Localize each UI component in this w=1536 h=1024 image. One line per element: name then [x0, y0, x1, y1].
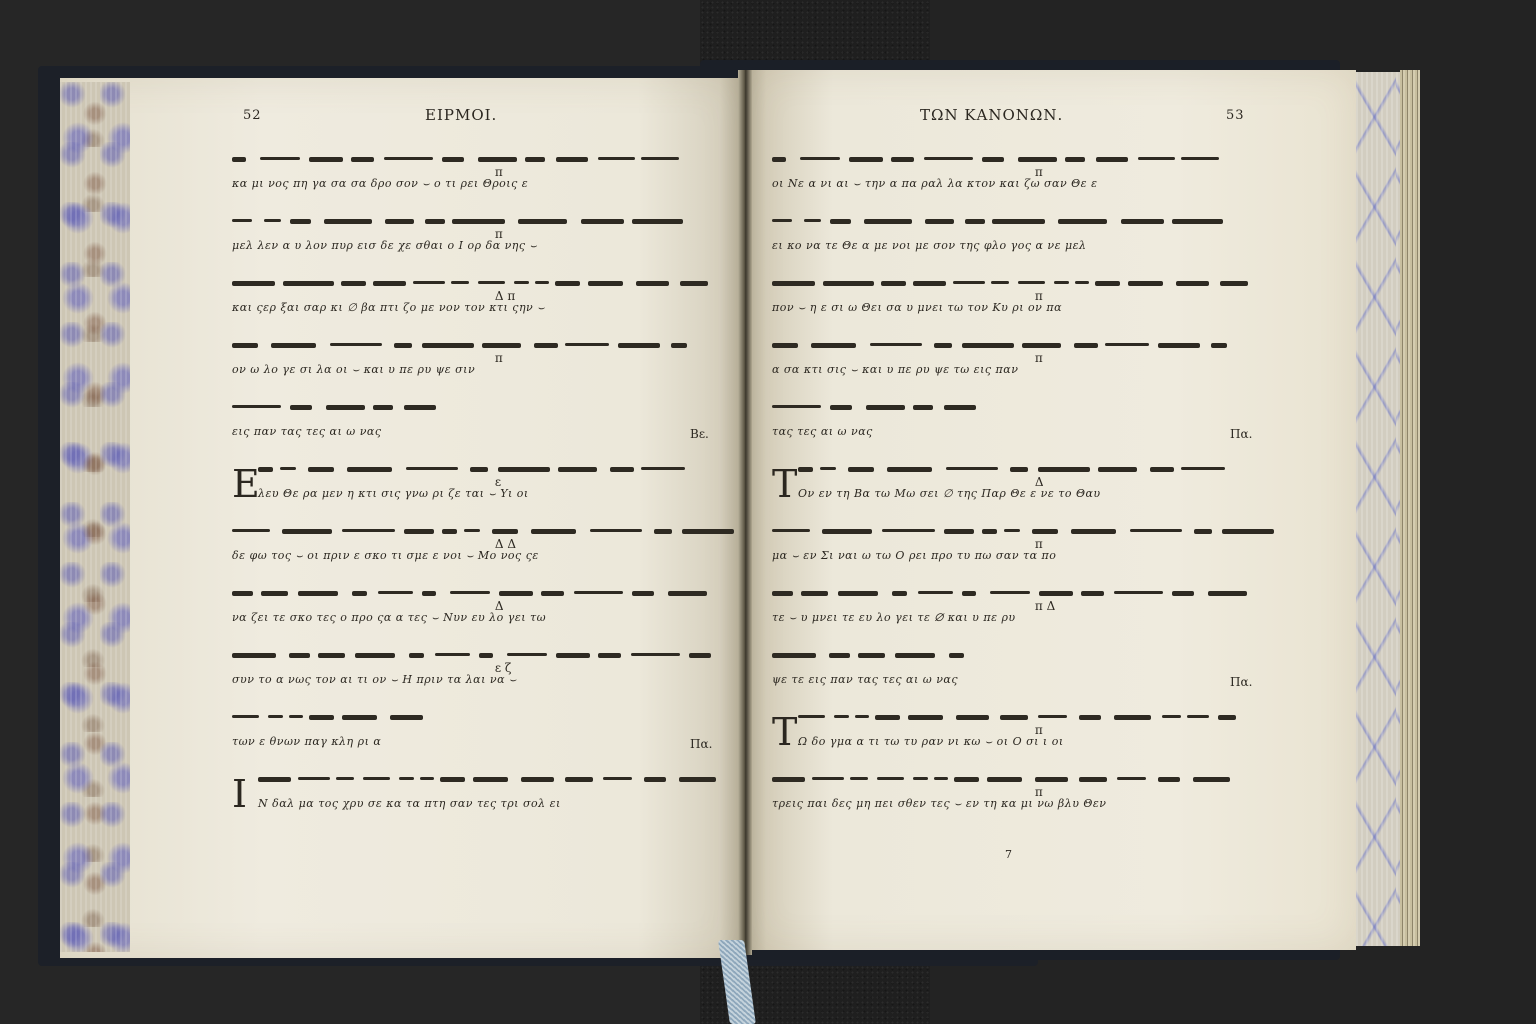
neume-glyph [1039, 591, 1073, 596]
neume-glyph [849, 157, 883, 162]
neume-glyph [482, 343, 521, 348]
neume-glyph [850, 777, 868, 780]
neume-glyph [982, 529, 997, 534]
chant-line: λευ Θε ρα μεν η κτι σις γνω ρι ζε ται ⌣ … [232, 455, 710, 501]
neume-glyph [394, 343, 412, 348]
running-head-right: ΤΩΝ ΚΑΝΟΝΩΝ. [920, 106, 1063, 124]
neume-glyph [636, 281, 669, 286]
neume-glyph [1193, 777, 1230, 782]
neume-glyph [1004, 529, 1020, 532]
neume-glyph [442, 529, 457, 534]
neume-glyph [342, 715, 377, 720]
neume-glyph [1181, 157, 1219, 160]
neume-glyph [858, 653, 885, 658]
martyria-sign: π [1035, 723, 1043, 737]
martyria-sign: π [1035, 165, 1043, 179]
martyria-sign: Δ [495, 599, 504, 613]
neume-glyph [875, 715, 900, 720]
neume-glyph [822, 529, 872, 534]
neume-glyph [232, 405, 281, 408]
neume-glyph [347, 467, 392, 472]
neume-glyph [798, 715, 825, 718]
neume-notation [232, 703, 710, 729]
neume-glyph [464, 529, 480, 532]
neume-glyph [1138, 157, 1175, 160]
neume-glyph [289, 653, 310, 658]
lyrics-text: Ν δαλ μα τος χρυ σε κα τα πτη σαν τες τρ… [232, 797, 710, 810]
neume-glyph [864, 219, 912, 224]
martyria-sign: π [1035, 785, 1043, 799]
neume-glyph [309, 157, 343, 162]
neume-glyph [934, 343, 952, 348]
neume-glyph [565, 777, 593, 782]
neume-glyph [498, 467, 550, 472]
neume-notation [232, 765, 710, 791]
neume-glyph [632, 219, 683, 224]
neume-glyph [1079, 715, 1101, 720]
neume-glyph [442, 157, 464, 162]
neume-glyph [801, 591, 828, 596]
chant-line: τε ⌣ υ μνει τε ευ λο γει τε ∅ και υ πε ρ… [772, 579, 1250, 625]
neume-glyph [309, 715, 334, 720]
neume-glyph [232, 219, 252, 222]
neume-glyph [534, 343, 558, 348]
neume-glyph [1158, 777, 1180, 782]
chant-line: των ε θνων παγ κλη ρι αΠα. [232, 703, 710, 748]
neume-glyph [518, 219, 567, 224]
neume-glyph [318, 653, 345, 658]
neume-notation [232, 145, 710, 171]
neume-glyph [280, 467, 296, 470]
neume-glyph [610, 467, 634, 472]
chant-line: δε φω τος ⌣ οι πριν ε σκο τι σμε ε νοι ⌣… [232, 517, 710, 563]
neume-glyph [1117, 777, 1146, 780]
neume-glyph [679, 777, 716, 782]
neume-glyph [823, 281, 874, 286]
neume-glyph [804, 219, 821, 222]
neume-glyph [289, 715, 303, 718]
neume-glyph [1114, 591, 1163, 594]
neume-glyph [1081, 591, 1104, 596]
neume-glyph [925, 219, 954, 224]
neume-glyph [271, 343, 316, 348]
neume-glyph [598, 653, 621, 658]
neume-glyph [452, 219, 505, 224]
neume-glyph [866, 405, 905, 410]
neume-glyph [887, 467, 932, 472]
neume-glyph [574, 591, 623, 594]
neume-glyph [385, 219, 414, 224]
martyria-sign: π [1035, 351, 1043, 365]
neume-glyph [654, 529, 672, 534]
chant-line: τρεις παι δες μη πει σθεν τες ⌣ εν τη κα… [772, 765, 1250, 811]
neume-glyph [422, 343, 474, 348]
neume-glyph [413, 281, 445, 284]
neume-glyph [668, 591, 707, 596]
neume-glyph [404, 405, 436, 410]
neume-glyph [420, 777, 434, 780]
neume-glyph [772, 529, 810, 532]
neume-notation [772, 455, 1250, 481]
chant-line: Ον εν τη Βα τω Μω σει ∅ της Παρ Θε ε νε … [772, 455, 1250, 500]
neume-glyph [1176, 281, 1209, 286]
neume-glyph [892, 591, 907, 596]
neume-glyph [820, 467, 836, 470]
neume-glyph [390, 715, 423, 720]
neume-glyph [1058, 219, 1107, 224]
neume-glyph [556, 653, 590, 658]
neume-glyph [1187, 715, 1209, 718]
neume-glyph [556, 157, 588, 162]
neume-glyph [1018, 157, 1057, 162]
neume-glyph [811, 343, 856, 348]
neume-glyph [671, 343, 687, 348]
neume-glyph [956, 715, 989, 720]
neume-glyph [680, 281, 708, 286]
neume-glyph [1054, 281, 1069, 284]
neume-glyph [232, 343, 258, 348]
lyrics-text: οι Νε α νι αι ⌣ την α πα ραλ λα κτον και… [772, 177, 1250, 191]
neume-glyph [987, 777, 1022, 782]
neume-glyph [953, 281, 985, 284]
neume-glyph [632, 591, 654, 596]
chant-line: τας τες αι ω ναςΠα. [772, 393, 1250, 438]
chant-line: ψε τε εις παν τας τες αι ω ναςΠα. [772, 641, 1250, 686]
neume-glyph [830, 219, 851, 224]
lyrics-text: ψε τε εις παν τας τες αι ω νας [772, 673, 1250, 686]
neume-notation [772, 765, 1250, 791]
neume-glyph [268, 715, 283, 718]
neume-notation [232, 331, 710, 357]
neume-glyph [1128, 281, 1163, 286]
drop-capital: Ι [232, 775, 247, 813]
drop-capital: Ε [232, 465, 260, 503]
lyrics-text: λευ Θε ρα μεν η κτι σις γνω ρι ζε ται ⌣ … [232, 487, 710, 501]
right-page [748, 70, 1356, 950]
page-number-left: 52 [243, 108, 262, 123]
neume-glyph [232, 653, 276, 658]
book-gutter [738, 70, 752, 955]
neume-glyph [1162, 715, 1181, 718]
neume-glyph [641, 157, 679, 160]
neume-notation [772, 579, 1250, 605]
neume-glyph [473, 777, 508, 782]
neume-glyph [1079, 777, 1107, 782]
neume-glyph [590, 529, 642, 532]
neume-glyph [962, 343, 1014, 348]
neume-notation [772, 207, 1250, 233]
neume-glyph [944, 405, 976, 410]
drop-capital: Τ [772, 465, 797, 503]
neume-glyph [521, 777, 554, 782]
neume-glyph [232, 529, 270, 532]
lyrics-text: κα μι νος πη γα σα σα δρο σον ⌣ ο τι ρει… [232, 177, 710, 191]
neume-glyph [834, 715, 849, 718]
chant-line: κα μι νος πη γα σα σα δρο σον ⌣ ο τι ρει… [232, 145, 710, 191]
neume-glyph [895, 653, 935, 658]
neume-glyph [644, 777, 666, 782]
mode-ending: Πα. [1230, 427, 1252, 441]
neume-glyph [409, 653, 424, 658]
neume-glyph [1121, 219, 1164, 224]
neume-glyph [422, 591, 436, 596]
neume-glyph [290, 405, 312, 410]
neume-glyph [581, 219, 624, 224]
neume-glyph [324, 219, 372, 224]
neume-glyph [258, 467, 273, 472]
neume-glyph [913, 281, 946, 286]
neume-glyph [772, 405, 821, 408]
neume-notation [232, 455, 710, 481]
neume-notation [232, 207, 710, 233]
neume-glyph [1194, 529, 1212, 534]
neume-glyph [525, 157, 545, 162]
neume-glyph [232, 157, 246, 162]
marbled-edge-left [60, 82, 130, 952]
neume-glyph [877, 777, 904, 780]
neume-glyph [946, 467, 998, 470]
neume-glyph [541, 591, 564, 596]
neume-glyph [924, 157, 973, 160]
martyria-sign: Δ Δ [495, 537, 516, 551]
neume-glyph [772, 653, 816, 658]
neume-glyph [535, 281, 549, 284]
neume-glyph [351, 157, 374, 162]
lyrics-text: μελ λεν α υ λον πυρ εισ δε χε σθαι ο Ι ο… [232, 239, 710, 253]
chant-line: Ω δο γμα α τι τω τυ ραν νι κω ⌣ οι Ο σι … [772, 703, 1250, 749]
neume-glyph [470, 467, 488, 472]
neume-glyph [373, 281, 406, 286]
neume-glyph [870, 343, 922, 346]
neume-glyph [499, 591, 533, 596]
neume-glyph [1105, 343, 1149, 346]
neume-glyph [1220, 281, 1248, 286]
lyrics-text: Ον εν τη Βα τω Μω σει ∅ της Παρ Θε ε νε … [772, 487, 1250, 500]
neume-glyph [1038, 715, 1067, 718]
neume-glyph [588, 281, 623, 286]
neume-notation [772, 703, 1250, 729]
lyrics-text: α σα κτι σις ⌣ και υ πε ρυ ψε τω εις παν [772, 363, 1250, 377]
neume-glyph [689, 653, 711, 658]
neume-glyph [406, 467, 458, 470]
martyria-sign: π [495, 351, 503, 365]
lyrics-text: τρεις παι δες μη πει σθεν τες ⌣ εν τη κα… [772, 797, 1250, 811]
neume-glyph [944, 529, 974, 534]
lyrics-text: Ω δο γμα α τι τω τυ ραν νι κω ⌣ οι Ο σι … [772, 735, 1250, 749]
neume-glyph [298, 777, 330, 780]
neume-glyph [373, 405, 393, 410]
mode-ending: Βε. [690, 427, 709, 441]
neume-glyph [450, 591, 490, 594]
neume-glyph [641, 467, 685, 470]
neume-glyph [1218, 715, 1236, 720]
neume-glyph [848, 467, 874, 472]
chant-line: α σα κτι σις ⌣ και υ πε ρυ ψε τω εις παν… [772, 331, 1250, 377]
neume-glyph [1032, 529, 1058, 534]
neume-glyph [355, 653, 395, 658]
running-head-left: ΕΙΡΜΟΙ. [425, 106, 497, 124]
neume-glyph [772, 219, 792, 222]
neume-notation [772, 331, 1250, 357]
neume-glyph [618, 343, 660, 348]
neume-glyph [1071, 529, 1116, 534]
neume-glyph [1114, 715, 1151, 720]
page-fore-edge [1400, 70, 1420, 946]
neume-glyph [954, 777, 979, 782]
neume-glyph [514, 281, 529, 284]
neume-glyph [282, 529, 332, 534]
neume-glyph [531, 529, 576, 534]
chant-line: εις παν τας τες αι ω ναςΒε. [232, 393, 710, 438]
neume-glyph [1022, 343, 1061, 348]
martyria-sign: π [495, 227, 503, 241]
neume-glyph [1222, 529, 1274, 534]
neume-glyph [962, 591, 976, 596]
neume-glyph [772, 281, 815, 286]
neume-glyph [990, 591, 1030, 594]
lyrics-text: μα ⌣ εν Σι ναι ω τω Ο ρει προ τυ πω σαν … [772, 549, 1250, 563]
neume-glyph [290, 219, 311, 224]
neume-glyph [772, 777, 805, 782]
neume-glyph [1018, 281, 1045, 284]
lyrics-text: τας τες αι ω νας [772, 425, 1250, 438]
martyria-sign: π [495, 165, 503, 179]
neume-glyph [352, 591, 367, 596]
lyrics-text: εις παν τας τες αι ω νας [232, 425, 710, 438]
neume-glyph [342, 529, 395, 532]
neume-glyph [772, 157, 786, 162]
neume-glyph [261, 591, 288, 596]
neume-glyph [451, 281, 469, 284]
chant-line: πον ⌣ η ε σι ω Θει σα υ μνει τω τον Κυ ρ… [772, 269, 1250, 315]
neume-glyph [363, 777, 390, 780]
neume-glyph [829, 653, 850, 658]
neume-glyph [478, 157, 517, 162]
neume-glyph [1208, 591, 1247, 596]
neume-glyph [336, 777, 354, 780]
neume-glyph [918, 591, 953, 594]
neume-glyph [682, 529, 734, 534]
neume-glyph [1075, 281, 1089, 284]
lyrics-text: ει κο να τε Θε α με νοι με σον της φλο γ… [772, 239, 1250, 252]
neume-glyph [479, 653, 493, 658]
drop-capital: Τ [772, 713, 797, 751]
neume-glyph [1158, 343, 1200, 348]
neume-glyph [478, 281, 505, 284]
neume-glyph [232, 281, 275, 286]
neume-notation [772, 145, 1250, 171]
neume-glyph [830, 405, 852, 410]
neume-glyph [399, 777, 414, 780]
neume-glyph [855, 715, 869, 718]
neume-glyph [1150, 467, 1174, 472]
lyrics-text: και ςερ ξαι σαρ κι ∅ βα πτι ζο με νον το… [232, 301, 710, 315]
neume-glyph [565, 343, 609, 346]
martyria-sign: π [1035, 537, 1043, 551]
neume-glyph [798, 467, 813, 472]
chant-line: οι Νε α νι αι ⌣ την α πα ραλ λα κτον και… [772, 145, 1250, 191]
chant-line: μελ λεν α υ λον πυρ εισ δε χε σθαι ο Ι ο… [232, 207, 710, 253]
martyria-sign: ε ζ [495, 661, 512, 675]
neume-glyph [425, 219, 445, 224]
neume-glyph [1074, 343, 1098, 348]
neume-glyph [800, 157, 840, 160]
neume-glyph [881, 281, 906, 286]
neume-notation [232, 517, 710, 543]
lyrics-text: των ε θνων παγ κλη ρι α [232, 735, 710, 748]
neume-glyph [326, 405, 365, 410]
neume-notation [772, 517, 1250, 543]
neume-notation [232, 269, 710, 295]
neume-glyph [558, 467, 597, 472]
neume-glyph [492, 529, 518, 534]
neume-glyph [772, 343, 798, 348]
neume-notation [232, 393, 710, 419]
neume-glyph [934, 777, 948, 780]
neume-glyph [1095, 281, 1120, 286]
mode-ending: Πα. [690, 737, 712, 751]
neume-glyph [232, 715, 259, 718]
neume-glyph [1098, 467, 1137, 472]
neume-glyph [772, 591, 793, 596]
lyrics-text: συν το α νως τον αι τι ον ⌣ Η πριν τα λα… [232, 673, 710, 687]
neume-glyph [882, 529, 935, 532]
neume-glyph [404, 529, 434, 534]
signature-mark: 7 [1005, 848, 1012, 861]
chant-line: ον ω λο γε σι λα οι ⌣ και υ πε ρυ ψε σιν… [232, 331, 710, 377]
chant-line: μα ⌣ εν Σι ναι ω τω Ο ρει προ τυ πω σαν … [772, 517, 1250, 563]
neume-glyph [1035, 777, 1068, 782]
neume-glyph [631, 653, 680, 656]
neume-glyph [435, 653, 470, 656]
neume-glyph [308, 467, 334, 472]
neume-glyph [1038, 467, 1090, 472]
lyrics-text: ον ω λο γε σι λα οι ⌣ και υ πε ρυ ψε σιν [232, 363, 710, 377]
neume-glyph [298, 591, 338, 596]
chant-line: συν το α νως τον αι τι ον ⌣ Η πριν τα λα… [232, 641, 710, 687]
neume-glyph [1211, 343, 1227, 348]
lyrics-text: τε ⌣ υ μνει τε ευ λο γει τε ∅ και υ πε ρ… [772, 611, 1250, 625]
page-number-right: 53 [1226, 108, 1245, 123]
lyrics-text: πον ⌣ η ε σι ω Θει σα υ μνει τω τον Κυ ρ… [772, 301, 1250, 315]
neume-glyph [1172, 219, 1223, 224]
neume-glyph [341, 281, 366, 286]
neume-glyph [260, 157, 300, 160]
neume-glyph [991, 281, 1009, 284]
neume-glyph [1065, 157, 1085, 162]
neume-glyph [1130, 529, 1182, 532]
neume-glyph [913, 405, 933, 410]
neume-glyph [908, 715, 943, 720]
chant-line: και ςερ ξαι σαρ κι ∅ βα πτι ζο με νον το… [232, 269, 710, 315]
martyria-sign: Δ [1035, 475, 1044, 489]
neume-glyph [440, 777, 465, 782]
neume-glyph [812, 777, 844, 780]
neume-glyph [598, 157, 635, 160]
lyrics-text: να ζει τε σκο τες ο προ ςα α τες ⌣ Νυν ε… [232, 611, 710, 625]
neume-glyph [913, 777, 928, 780]
neume-glyph [1096, 157, 1128, 162]
martyria-sign: ε [495, 475, 501, 489]
neume-glyph [330, 343, 382, 346]
neume-glyph [1010, 467, 1028, 472]
neume-glyph [992, 219, 1045, 224]
neume-glyph [555, 281, 580, 286]
neume-glyph [258, 777, 291, 782]
neume-notation [772, 641, 1250, 667]
neume-notation [772, 269, 1250, 295]
neume-glyph [378, 591, 413, 594]
